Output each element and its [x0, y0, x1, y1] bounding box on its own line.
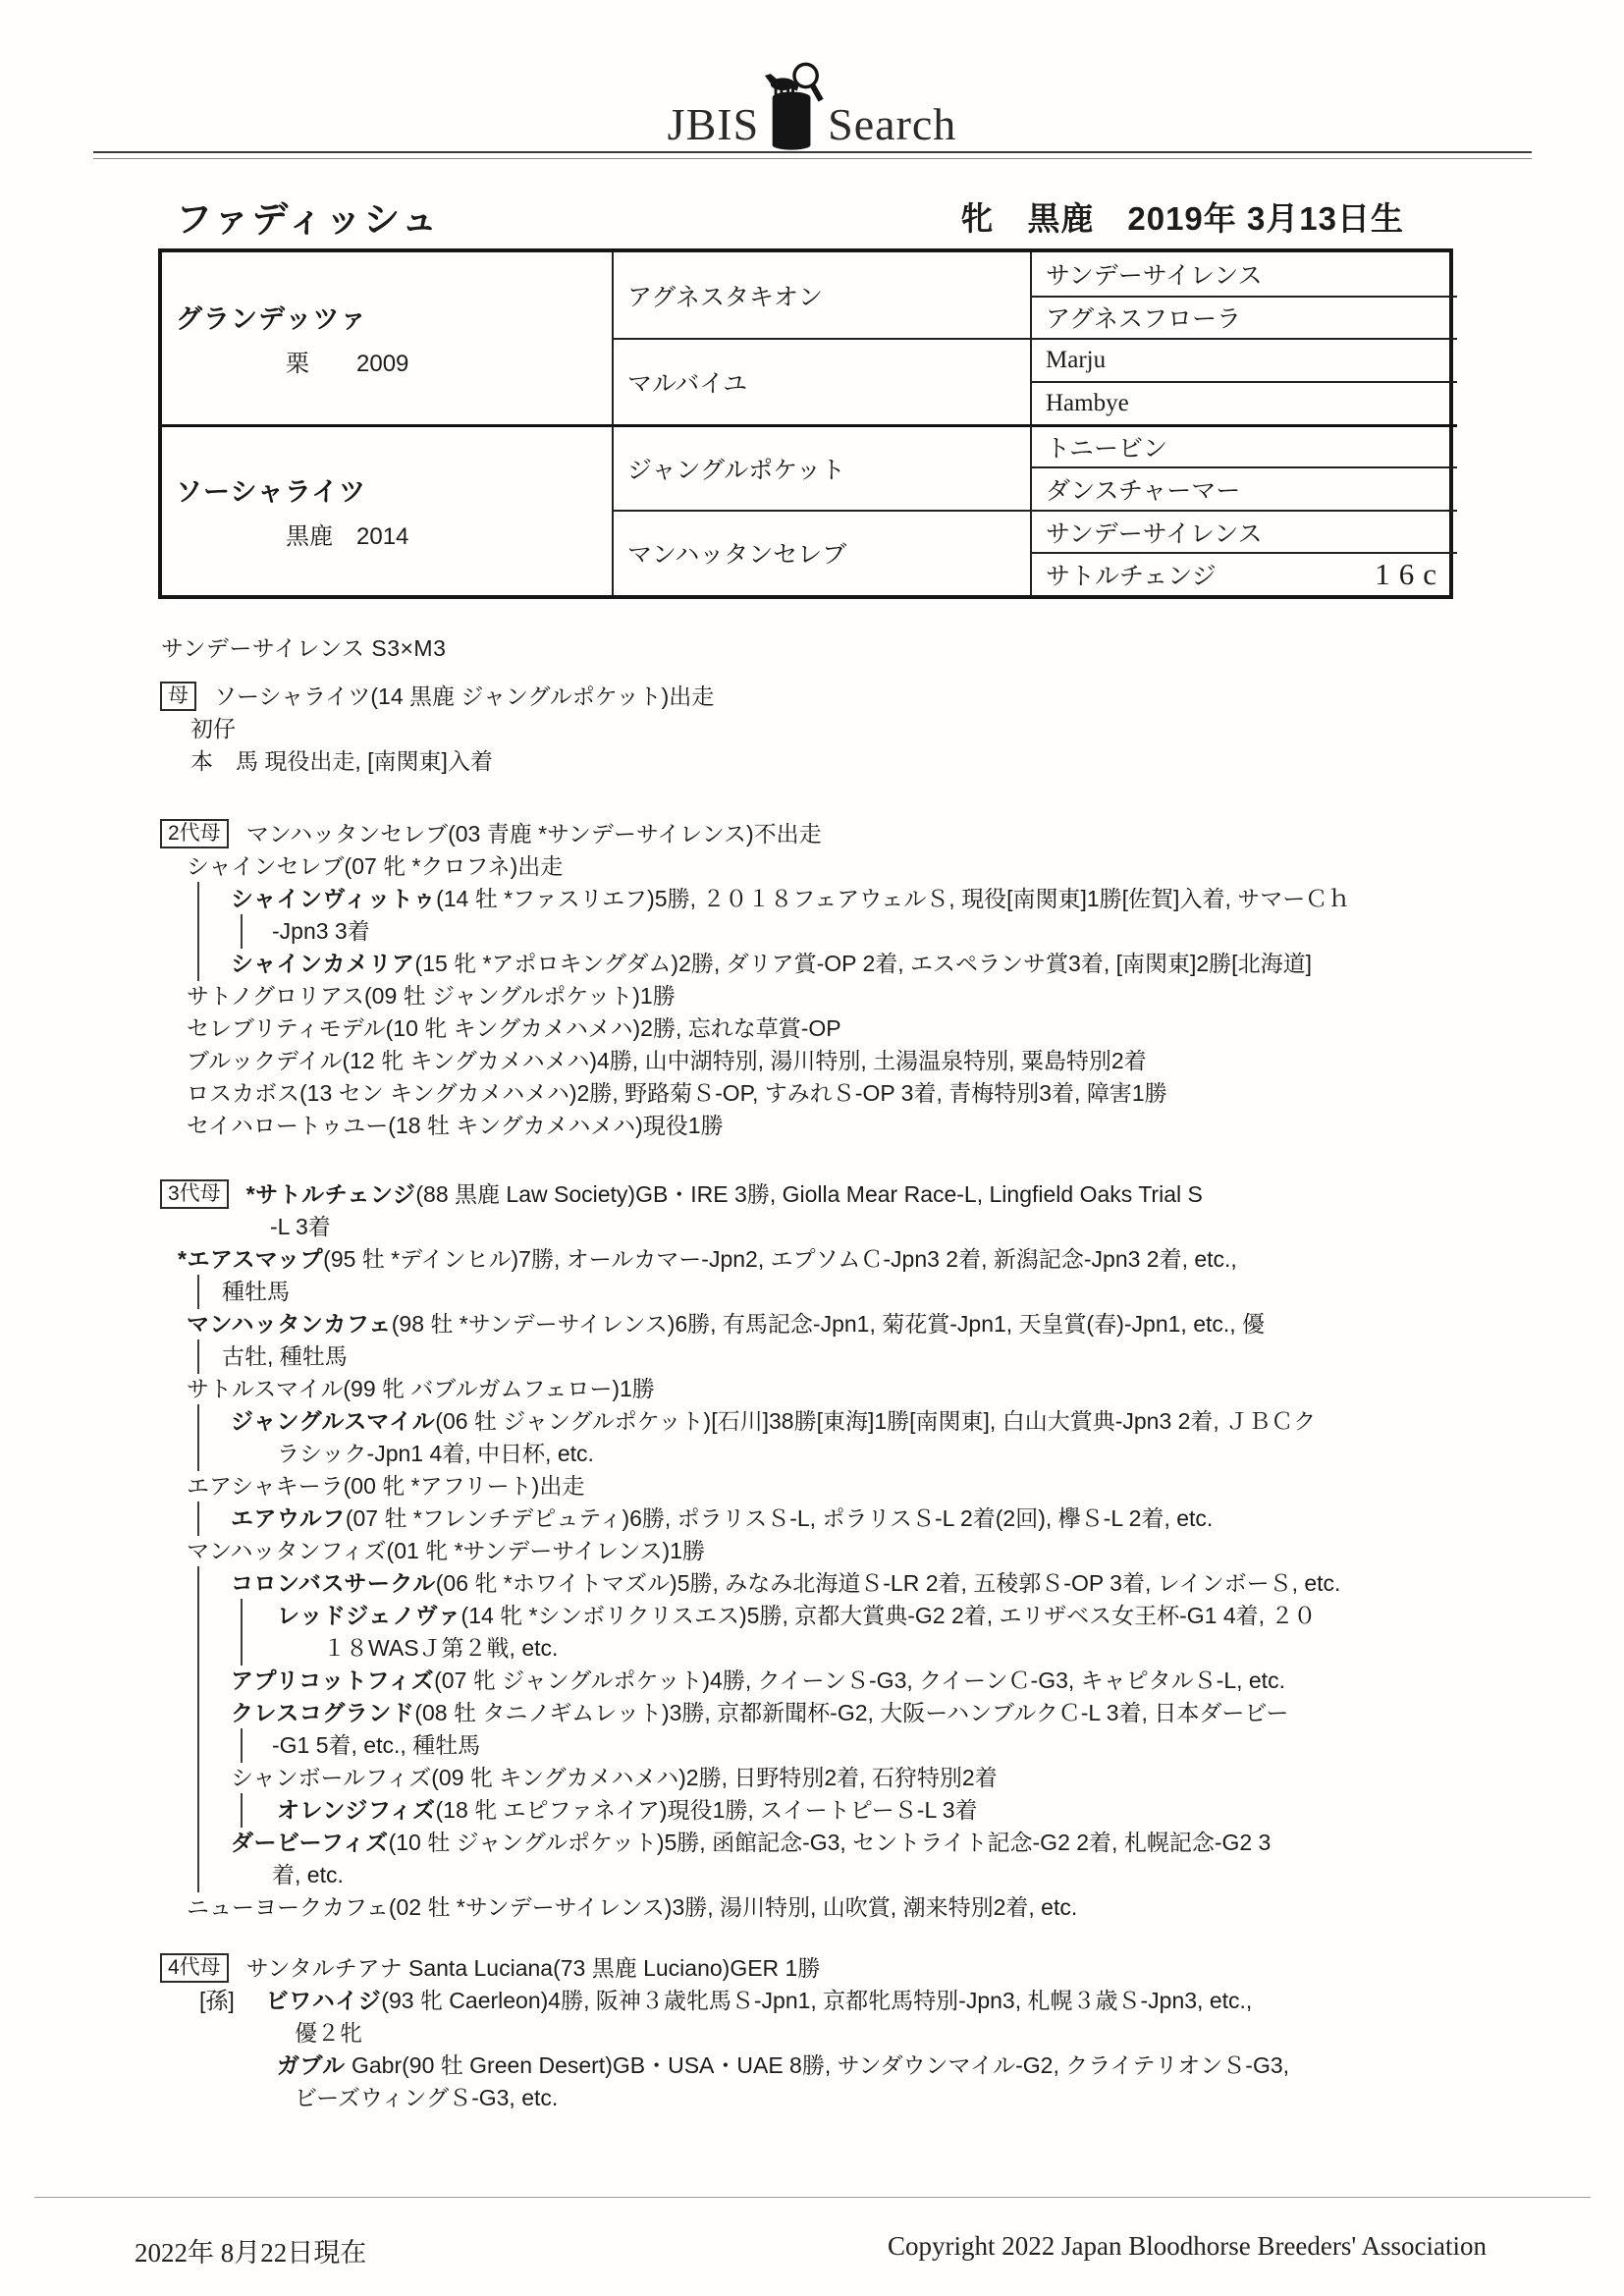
line-text: サトルスマイル(99 牝 バブルガムフェロー)1勝	[187, 1376, 655, 1401]
line-text: (93 牝 Caerleon)4勝, 阪神３歳牝馬Ｓ-Jpn1, 京都牝馬特別-…	[381, 1988, 1252, 2013]
tree-connector-line	[197, 1858, 199, 1892]
horse-name: ジャングルスマイル	[231, 1408, 435, 1434]
pedigree-line: -G1 5着, etc., 種牡馬	[160, 1729, 1585, 1762]
pedigree-line: サトノグロリアス(09 牡 ジャングルポケット)1勝	[160, 980, 1585, 1012]
pedigree-line: エアウルフ(07 牡 *フレンチデピュティ)6勝, ポラリスＳ-L, ポラリスＳ…	[160, 1503, 1585, 1535]
sire-dam-dam-cell: Hambye	[1030, 381, 1457, 424]
dam-dam-cell: マンハッタンセレブ	[612, 510, 1030, 595]
tree-connector-line	[197, 1437, 199, 1471]
horse-name: エアウルフ	[231, 1505, 346, 1531]
pedigree-line: ブルックデイル(12 牝 キングカメハメハ)4勝, 山中湖特別, 湯川特別, 土…	[160, 1045, 1585, 1077]
pedigree-line: エアシャキーラ(00 牝 *アフリート)出走	[160, 1470, 1585, 1503]
pedigree-line: 4代母サンタルチアナ Santa Luciana(73 黒鹿 Luciano)G…	[160, 1952, 1585, 1985]
line-text: 優２牝	[295, 2020, 362, 2046]
tree-connector-line	[197, 1826, 199, 1860]
search-brand-text: Search	[828, 102, 956, 151]
line-text: (10 牡 ジャングルポケット)5勝, 函館記念-G3, セントライト記念-G2…	[389, 1830, 1272, 1855]
pedigree-line: シャインヴィットゥ(14 牡 *ファスリエフ)5勝, ２０１８フェアウェルＳ, …	[160, 883, 1585, 915]
dam-dam-dam-cell: サトルチェンジ 16c	[1030, 552, 1457, 595]
tree-connector-line	[197, 1631, 199, 1666]
line-text: 初仔	[190, 716, 236, 741]
dam-sire-sire-cell: トニービン	[1030, 424, 1457, 467]
section-dam: 母ソーシャライツ(14 黒鹿 ジャングルポケット)出走初仔本 馬 現役出走, […	[160, 681, 1585, 778]
line-text: ビーズウィングＳ-G3, etc.	[295, 2085, 558, 2110]
title-row: ファディッシュ 牝 黒鹿 2019年 3月13日生	[158, 189, 1453, 244]
horse-name: ビワハイジ	[266, 1988, 382, 2013]
sire-sire-cell: アグネスタキオン	[612, 252, 1030, 338]
dam-sire-cell: ジャングルポケット	[612, 424, 1030, 510]
line-text: (07 牡 *フレンチデピュティ)6勝, ポラリスＳ-L, ポラリスＳ-L 2着…	[346, 1505, 1213, 1531]
pedigree-line: １８WASＪ第２戦, etc.	[160, 1632, 1585, 1665]
tree-connector-line	[197, 1566, 199, 1601]
horse-name: シャインヴィットゥ	[231, 886, 436, 911]
line-text: マンハッタンフィズ(01 牝 *サンデーサイレンス)1勝	[187, 1538, 705, 1563]
line-text: (07 牝 ジャングルポケット)4勝, クイーンＳ-G3, クイーンＣ-G3, …	[434, 1667, 1285, 1693]
line-text: (06 牝 *ホワイトマズル)5勝, みなみ北海道Ｓ-LR 2着, 五稜郭Ｓ-O…	[436, 1570, 1341, 1596]
pedigree-line: ラシック-Jpn1 4着, 中日杯, etc.	[160, 1438, 1585, 1470]
pedigree-line: サトルスマイル(99 牝 バブルガムフェロー)1勝	[160, 1373, 1585, 1405]
pedigree-line: アプリコットフィズ(07 牝 ジャングルポケット)4勝, クイーンＳ-G3, ク…	[160, 1665, 1585, 1697]
footer-date: 2022年 8月22日現在	[135, 2231, 366, 2269]
line-text: -Jpn3 3着	[272, 918, 370, 944]
pedigree-report-page: JBIS Search ファディッシュ 牝 黒鹿 2019年 3月13日生 グラ…	[0, 0, 1624, 2296]
line-text: Gabr(90 牡 Green Desert)GB・USA・UAE 8勝, サン…	[346, 2052, 1289, 2078]
line-text: (88 黒鹿 Law Society)GB・IRE 3勝, Giolla Mea…	[415, 1181, 1202, 1207]
horse-name-title: ファディッシュ	[176, 190, 440, 243]
line-text: -L 3着	[270, 1214, 331, 1239]
tree-connector-line	[197, 1599, 199, 1633]
horse-sex-color-birthdate: 牝 黒鹿 2019年 3月13日生	[960, 193, 1404, 240]
line-text: 種牡馬	[222, 1279, 290, 1304]
tree-connector-line	[197, 1339, 199, 1374]
line-text: マンハッタンセレブ(03 青鹿 *サンデーサイレンス)不出走	[246, 821, 822, 847]
dam-cell: ソーシャライツ 黒鹿 2014	[162, 424, 612, 596]
footer-divider	[34, 2197, 1591, 2198]
line-text: エアシャキーラ(00 牝 *アフリート)出走	[187, 1473, 584, 1499]
horse-magnifier-icon	[763, 61, 824, 151]
tree-connector-line	[197, 1728, 199, 1763]
tree-connector-line	[241, 1728, 243, 1763]
tree-connector-line	[197, 1761, 199, 1795]
sire-sire-sire-cell: サンデーサイレンス	[1030, 252, 1457, 296]
generation-label: 2代母	[160, 819, 229, 848]
tree-connector-line	[197, 1404, 199, 1439]
line-text: サンタルチアナ Santa Luciana(73 黒鹿 Luciano)GER …	[246, 1955, 821, 1981]
line-text: シャインセレブ(07 牝 *クロフネ)出走	[187, 853, 563, 879]
tree-connector-line	[241, 1793, 243, 1828]
dam-dam-sire-cell: サンデーサイレンス	[1030, 510, 1457, 553]
pedigree-line: [孫]ビワハイジ(93 牝 Caerleon)4勝, 阪神３歳牝馬Ｓ-Jpn1,…	[160, 1985, 1585, 2017]
pedigree-line: ニューヨークカフェ(02 牡 *サンデーサイレンス)3勝, 湯川特別, 山吹賞,…	[160, 1891, 1585, 1924]
dam-color-year: 黒鹿 2014	[286, 517, 408, 551]
pedigree-line: セイハロートゥユー(18 牡 キングカメハメハ)現役1勝	[160, 1110, 1585, 1142]
pedigree-line: 母ソーシャライツ(14 黒鹿 ジャングルポケット)出走	[160, 681, 1585, 713]
pedigree-line: 3代母*サトルチェンジ(88 黒鹿 Law Society)GB・IRE 3勝,…	[160, 1178, 1585, 1211]
line-text: シャンボールフィズ(09 牝 キングカメハメハ)2勝, 日野特別2着, 石狩特別…	[231, 1765, 998, 1790]
footer: 2022年 8月22日現在 Copyright 2022 Japan Blood…	[135, 2231, 1487, 2269]
pedigree-line: ビーズウィングＳ-G3, etc.	[160, 2082, 1585, 2114]
tree-connector-line	[197, 947, 199, 981]
pedigree-line: *エアスマップ(95 牡 *デインヒル)7勝, オールカマー-Jpn2, エプソ…	[160, 1243, 1585, 1276]
line-text: ラシック-Jpn1 4着, 中日杯, etc.	[277, 1441, 594, 1466]
horse-name: *エアスマップ	[178, 1246, 323, 1272]
pedigree-line: セレブリティモデル(10 牝 キングカメハメハ)2勝, 忘れな草賞-OP	[160, 1012, 1585, 1045]
line-text: セイハロートゥユー(18 牡 キングカメハメハ)現役1勝	[187, 1113, 724, 1138]
pedigree-line: シャインカメリア(15 牝 *アポロキングダム)2勝, ダリア賞-OP 2着, …	[160, 948, 1585, 980]
line-text: サトノグロリアス(09 牡 ジャングルポケット)1勝	[187, 983, 676, 1009]
horse-name: アプリコットフィズ	[231, 1667, 434, 1693]
line-text: ブルックデイル(12 牝 キングカメハメハ)4勝, 山中湖特別, 湯川特別, 土…	[187, 1048, 1147, 1073]
pedigree-line: ロスカボス(13 セン キングカメハメハ)2勝, 野路菊Ｓ-OP, すみれＳ-O…	[160, 1077, 1585, 1110]
pedigree-line: ジャングルスマイル(06 牡 ジャングルポケット)[石川]38勝[東海]1勝[南…	[160, 1405, 1585, 1438]
horse-name: クレスコグランド	[231, 1700, 414, 1725]
pedigree-line: 初仔	[160, 713, 1585, 745]
horse-name: ガブル	[277, 2052, 346, 2078]
sire-name: グランデッツァ	[176, 298, 367, 336]
tree-connector-line	[241, 1599, 243, 1633]
footer-copyright: Copyright 2022 Japan Bloodhorse Breeders…	[888, 2231, 1487, 2269]
line-text: １８WASＪ第２戦, etc.	[323, 1635, 558, 1661]
section-second-dam: 2代母マンハッタンセレブ(03 青鹿 *サンデーサイレンス)不出走シャインセレブ…	[160, 818, 1585, 1142]
tree-connector-line	[197, 1275, 199, 1309]
sire-color-year: 栗 2009	[286, 344, 408, 378]
jbis-logo: JBIS Search	[0, 57, 1624, 151]
sire-dam-sire-cell: Marju	[1030, 338, 1457, 381]
header-divider	[93, 151, 1532, 159]
pedigree-line: -Jpn3 3着	[160, 915, 1585, 948]
pedigree-line: マンハッタンフィズ(01 牝 *サンデーサイレンス)1勝	[160, 1535, 1585, 1567]
line-text: (18 牝 エピファネイア)現役1勝, スイートピーＳ-L 3着	[436, 1797, 978, 1823]
tree-connector-line	[197, 1502, 199, 1536]
line-text: (14 牡 *ファスリエフ)5勝, ２０１８フェアウェルＳ, 現役[南関東]1勝…	[436, 886, 1350, 911]
line-text: 本 馬 現役出走, [南関東]入着	[190, 748, 493, 774]
family-number: 16c	[1375, 557, 1445, 592]
line-text: (14 牝 *シンボリクリスエス)5勝, 京都大賞典-G2 2着, エリザベス女…	[461, 1603, 1317, 1628]
pedigree-line: 本 馬 現役出走, [南関東]入着	[160, 745, 1585, 778]
line-text: ロスカボス(13 セン キングカメハメハ)2勝, 野路菊Ｓ-OP, すみれＳ-O…	[187, 1080, 1167, 1106]
line-text: ソーシャライツ(14 黒鹿 ジャングルポケット)出走	[214, 683, 714, 709]
relation-label: [孫]	[199, 1985, 235, 2017]
tree-connector-line	[241, 914, 243, 949]
line-text: (98 牡 *サンデーサイレンス)6勝, 有馬記念-Jpn1, 菊花賞-Jpn1…	[392, 1311, 1265, 1337]
line-text: (15 牝 *アポロキングダム)2勝, ダリア賞-OP 2着, エスペランサ賞3…	[415, 951, 1312, 976]
pedigree-line: 古牡, 種牡馬	[160, 1340, 1585, 1373]
pedigree-line: クレスコグランド(08 牡 タニノギムレット)3勝, 京都新聞杯-G2, 大阪ー…	[160, 1697, 1585, 1729]
horse-name: *サトルチェンジ	[246, 1181, 416, 1207]
pedigree-line: オレンジフィズ(18 牝 エピファネイア)現役1勝, スイートピーＳ-L 3着	[160, 1794, 1585, 1827]
pedigree-line: 優２牝	[160, 2017, 1585, 2050]
section-fourth-dam: 4代母サンタルチアナ Santa Luciana(73 黒鹿 Luciano)G…	[160, 1952, 1585, 2114]
line-text: (95 牡 *デインヒル)7勝, オールカマー-Jpn2, エプソムＣ-Jpn3…	[323, 1246, 1237, 1272]
pedigree-table: グランデッツァ 栗 2009 ソーシャライツ 黒鹿 2014 アグネスタキオン …	[158, 248, 1453, 599]
generation-label: 4代母	[160, 1953, 229, 1983]
sire-dam-cell: マルバイユ	[612, 338, 1030, 423]
pedigree-line: 種牡馬	[160, 1276, 1585, 1308]
horse-name: マンハッタンカフェ	[187, 1311, 392, 1337]
tree-connector-line	[197, 914, 199, 949]
pedigree-line: マンハッタンカフェ(98 牡 *サンデーサイレンス)6勝, 有馬記念-Jpn1,…	[160, 1308, 1585, 1340]
sire-sire-dam-cell: アグネスフローラ	[1030, 296, 1457, 339]
tree-connector-line	[197, 882, 199, 916]
dam-sire-dam-cell: ダンスチャーマー	[1030, 466, 1457, 510]
pedigree-line: レッドジェノヴァ(14 牝 *シンボリクリスエス)5勝, 京都大賞典-G2 2着…	[160, 1600, 1585, 1632]
pedigree-line: 2代母マンハッタンセレブ(03 青鹿 *サンデーサイレンス)不出走	[160, 818, 1585, 850]
pedigree-line: シャインセレブ(07 牝 *クロフネ)出走	[160, 850, 1585, 883]
generation-label: 母	[160, 682, 196, 711]
pedigree-line: ダービーフィズ(10 牡 ジャングルポケット)5勝, 函館記念-G3, セントラ…	[160, 1827, 1585, 1859]
tree-connector-line	[241, 1631, 243, 1666]
section-third-dam: 3代母*サトルチェンジ(88 黒鹿 Law Society)GB・IRE 3勝,…	[160, 1178, 1585, 1924]
dam-name: ソーシャライツ	[176, 470, 366, 509]
pedigree-line: 着, etc.	[160, 1859, 1585, 1891]
line-text: -G1 5着, etc., 種牡馬	[272, 1732, 480, 1758]
pedigree-line: シャンボールフィズ(09 牝 キングカメハメハ)2勝, 日野特別2着, 石狩特別…	[160, 1762, 1585, 1794]
line-text: (06 牡 ジャングルポケット)[石川]38勝[東海]1勝[南関東], 白山大賞…	[435, 1408, 1316, 1434]
line-text: ニューヨークカフェ(02 牡 *サンデーサイレンス)3勝, 湯川特別, 山吹賞,…	[187, 1894, 1077, 1920]
line-text: セレブリティモデル(10 牝 キングカメハメハ)2勝, 忘れな草賞-OP	[187, 1015, 841, 1041]
horse-name: シャインカメリア	[231, 951, 415, 976]
inbreeding-note: サンデーサイレンス S3×M3	[161, 630, 446, 663]
tree-connector-line	[197, 1696, 199, 1730]
pedigree-line: コロンバスサークル(06 牝 *ホワイトマズル)5勝, みなみ北海道Ｓ-LR 2…	[160, 1567, 1585, 1600]
sire-cell: グランデッツァ 栗 2009	[162, 252, 612, 424]
horse-name: オレンジフィズ	[277, 1797, 436, 1823]
line-text: 古牡, 種牡馬	[222, 1343, 348, 1369]
dam-dam-dam-name: サトルチェンジ	[1046, 557, 1217, 592]
horse-name: コロンバスサークル	[231, 1570, 436, 1596]
pedigree-line: ガブル Gabr(90 牡 Green Desert)GB・USA・UAE 8勝…	[160, 2050, 1585, 2082]
horse-name: レッドジェノヴァ	[277, 1603, 461, 1628]
pedigree-line: -L 3着	[160, 1211, 1585, 1243]
line-text: 着, etc.	[272, 1862, 344, 1887]
line-text: (08 牡 タニノギムレット)3勝, 京都新聞杯-G2, 大阪ーハンブルクＣ-L…	[414, 1700, 1288, 1725]
horse-name: ダービーフィズ	[231, 1830, 389, 1855]
tree-connector-line	[197, 1664, 199, 1698]
jbis-brand-text: JBIS	[668, 102, 759, 151]
generation-label: 3代母	[160, 1179, 229, 1209]
tree-connector-line	[197, 1793, 199, 1828]
